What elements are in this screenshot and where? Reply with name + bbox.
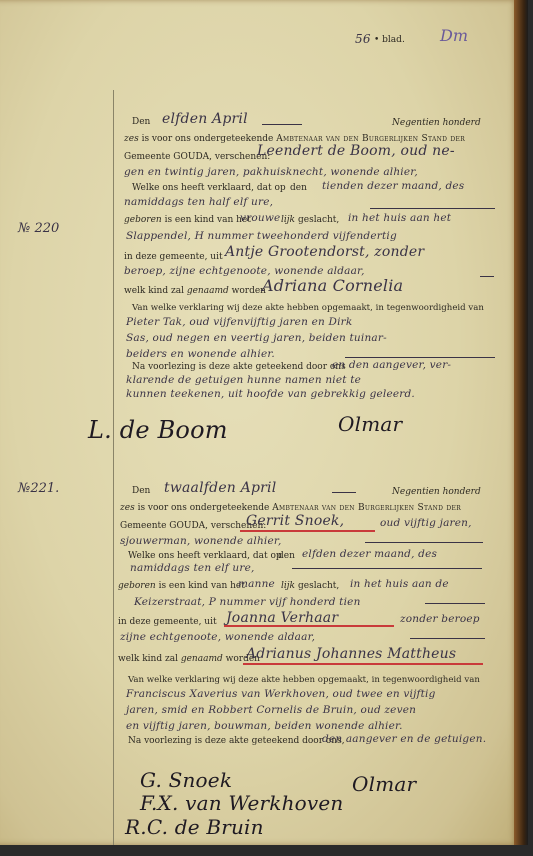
year-label: Negentien honderd	[392, 118, 481, 128]
municipality-from: in deze gemeente, uit	[124, 252, 223, 262]
named-line: welk kind zal genaamd worden	[118, 654, 260, 664]
declared-text: Welke ons heeft verklaard, dat op	[128, 551, 282, 561]
declarant-name: Gerrit Snoek,	[246, 513, 344, 529]
child-name: Adrianus Johannes Mattheus	[246, 646, 456, 662]
named-line: welk kind zal genaamd worden	[124, 286, 266, 296]
child-name: Adriana Cornelia	[262, 276, 403, 295]
born-text: is een kind van het	[159, 581, 245, 591]
birth-place: in het huis aan de	[350, 578, 449, 590]
witness-2: jaren, smid en Robbert Cornelis de Bruin…	[126, 704, 416, 716]
mother-occupation: zonder beroep	[400, 613, 480, 625]
dash	[262, 124, 302, 125]
mother-details: zijne echtgenoote, wonende aldaar,	[120, 631, 315, 643]
child-sex: manne	[238, 578, 275, 590]
reading-note-1: en den aangever, ver-	[332, 359, 451, 371]
record-number: № 220	[18, 221, 59, 236]
page-number: 56	[355, 32, 371, 46]
born-line: geboren is een kind van het	[124, 215, 251, 225]
named-label-b: genaamd	[187, 286, 229, 296]
ink-stamp: Dm	[440, 26, 468, 45]
number-prefix: №	[18, 221, 30, 236]
red-underline	[240, 530, 375, 532]
witness-1: Franciscus Xaverius van Werkhoven, oud t…	[126, 688, 436, 700]
red-underline	[243, 663, 483, 665]
den-text: den	[278, 551, 295, 561]
number-prefix: №	[18, 481, 30, 496]
child-sex: vrouwe	[240, 212, 280, 224]
signature-official: Olmar	[338, 412, 402, 436]
witness-2: Sas, oud negen en veertig jaren, beiden …	[126, 332, 387, 344]
gender-label: geslacht,	[298, 581, 339, 591]
den-text: den	[290, 183, 307, 193]
signature-declarant: L. de Boom	[88, 416, 228, 444]
number-value: 220	[34, 221, 59, 236]
sex-suffix: lijk	[281, 581, 295, 591]
declared-text: Welke ons heeft verklaard, dat op	[132, 183, 286, 193]
reading-note: den aangever en de getuigen.	[322, 733, 486, 745]
born-line: geboren is een kind van het	[118, 581, 245, 591]
year-label: Negentien honderd	[392, 487, 481, 497]
witness-text: Van welke verklaring wij deze akte hebbe…	[132, 303, 484, 313]
birth-date: elfden dezer maand, des	[302, 548, 437, 560]
declarant-name: Leendert de Boom, oud ne-	[257, 143, 455, 159]
signature-witness-2: R.C. de Bruin	[125, 815, 264, 839]
official-title: Ambtenaar van den Burgerlijken Stand der	[272, 503, 461, 513]
reading-text: Na voorlezing is deze akte geteekend doo…	[132, 362, 346, 372]
sex-suffix: lijk	[281, 215, 295, 225]
year-suffix: zes	[124, 134, 139, 144]
dash	[410, 638, 485, 639]
signature-official: Olmar	[352, 772, 416, 796]
named-label-b: genaamd	[181, 654, 223, 664]
intro-text: is voor ons ondergeteekende	[138, 503, 270, 513]
mother-name: Joanna Verhaar	[226, 610, 338, 626]
dash	[425, 603, 485, 604]
reading-note-3: kunnen teekenen, uit hoofde van gebrekki…	[126, 388, 415, 400]
dash	[332, 492, 356, 493]
birth-address: Slappendel, H nummer tweehonderd vijfend…	[126, 230, 397, 242]
mother-name: Antje Grootendorst, zonder	[225, 244, 424, 260]
red-underline	[224, 625, 394, 627]
register-page: 56 • blad. Dm Den elfden April Negentien…	[0, 0, 520, 845]
dash	[345, 357, 495, 358]
page-label: • blad.	[374, 35, 405, 45]
birth-time: namiddags ten half elf ure,	[124, 196, 273, 208]
dash	[480, 276, 494, 277]
registration-date: elfden April	[162, 111, 248, 127]
intro-line: zes is voor ons ondergeteekende Ambtenaa…	[120, 503, 461, 513]
signature-witness-1: F.X. van Werkhoven	[140, 791, 344, 815]
named-label-a: welk kind zal	[124, 286, 184, 296]
birth-address: Keizerstraat, P nummer vijf honderd tien	[134, 596, 361, 608]
named-label-a: welk kind zal	[118, 654, 178, 664]
intro-text: is voor ons ondergeteekende	[142, 134, 274, 144]
named-label-c: worden	[232, 286, 266, 296]
den-label: Den	[132, 117, 150, 127]
birth-date: tienden dezer maand, des	[322, 180, 464, 192]
book-binding	[514, 0, 528, 845]
witness-1: Pieter Tak, oud vijfenvijftig jaren en D…	[126, 316, 352, 328]
gender-label: geslacht,	[298, 215, 339, 225]
witness-3: beiders en wonende alhier.	[126, 348, 275, 360]
dash	[370, 208, 495, 209]
record-number: №221.	[18, 481, 59, 496]
witness-text: Van welke verklaring wij deze akte hebbe…	[128, 675, 480, 685]
declarant-details: gen en twintig jaren, pakhuisknecht, won…	[124, 166, 418, 178]
page-label-text: blad.	[382, 35, 405, 45]
signature-declarant: G. Snoek	[140, 768, 232, 792]
witness-3: en vijftig jaren, bouwman, beiden wonend…	[126, 720, 403, 732]
reading-text: Na voorlezing is deze akte geteekend doo…	[128, 736, 345, 746]
municipality-line: Gemeente GOUDA, verschenen:	[124, 152, 270, 162]
born-text: is een kind van het	[165, 215, 251, 225]
reading-note-2: klarende de getuigen hunne namen niet te	[126, 374, 361, 386]
dash	[365, 542, 483, 543]
year-suffix: zes	[120, 503, 135, 513]
born-label: geboren	[118, 581, 156, 591]
number-value: 221.	[30, 481, 59, 496]
declarant-age: oud vijftig jaren,	[380, 517, 472, 529]
municipality-from: in deze gemeente, uit	[118, 617, 217, 627]
registration-date: twaalfden April	[164, 480, 276, 496]
birth-time: namiddags ten elf ure,	[130, 562, 255, 574]
birth-place: in het huis aan het	[348, 212, 451, 224]
declarant-details: sjouwerman, wonende alhier,	[120, 535, 281, 547]
den-label: Den	[132, 486, 150, 496]
born-label: geboren	[124, 215, 162, 225]
margin-rule	[113, 90, 114, 845]
dash	[292, 568, 482, 569]
